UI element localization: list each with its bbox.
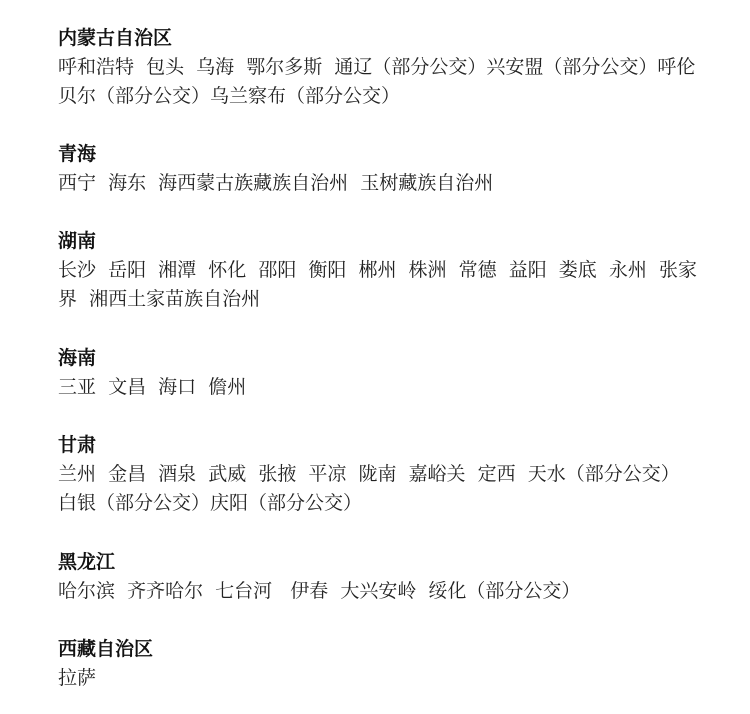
region-section-qinghai: 青海 西宁 海东 海西蒙古族藏族自治州 玉树藏族自治州 <box>58 140 698 198</box>
region-section-hunan: 湖南 长沙 岳阳 湘潭 怀化 邵阳 衡阳 郴州 株洲 常德 益阳 娄底 永州 张… <box>58 227 698 314</box>
region-section-heilongjiang: 黑龙江 哈尔滨 齐齐哈尔 七台河 伊春 大兴安岭 绥化（部分公交） <box>58 548 698 606</box>
region-cities: 兰州 金昌 酒泉 武威 张掖 平凉 陇南 嘉峪关 定西 天水（部分公交）白银（部… <box>58 460 698 518</box>
region-cities: 哈尔滨 齐齐哈尔 七台河 伊春 大兴安岭 绥化（部分公交） <box>58 577 698 606</box>
region-title: 海南 <box>58 344 698 373</box>
region-title: 西藏自治区 <box>58 635 698 664</box>
region-title: 黑龙江 <box>58 548 698 577</box>
region-cities: 呼和浩特 包头 乌海 鄂尔多斯 通辽（部分公交）兴安盟（部分公交）呼伦贝尔（部分… <box>58 53 698 111</box>
region-title: 湖南 <box>58 227 698 256</box>
region-section-gansu: 甘肃 兰州 金昌 酒泉 武威 张掖 平凉 陇南 嘉峪关 定西 天水（部分公交）白… <box>58 431 698 518</box>
region-title: 甘肃 <box>58 431 698 460</box>
supported-cities-document: 内蒙古自治区 呼和浩特 包头 乌海 鄂尔多斯 通辽（部分公交）兴安盟（部分公交）… <box>0 0 750 714</box>
region-title: 内蒙古自治区 <box>58 24 698 53</box>
region-section-inner-mongolia: 内蒙古自治区 呼和浩特 包头 乌海 鄂尔多斯 通辽（部分公交）兴安盟（部分公交）… <box>58 24 698 111</box>
region-cities: 拉萨 <box>58 664 698 693</box>
region-cities: 三亚 文昌 海口 儋州 <box>58 373 698 402</box>
region-cities: 长沙 岳阳 湘潭 怀化 邵阳 衡阳 郴州 株洲 常德 益阳 娄底 永州 张家界 … <box>58 256 698 314</box>
region-cities: 西宁 海东 海西蒙古族藏族自治州 玉树藏族自治州 <box>58 169 698 198</box>
region-section-tibet: 西藏自治区 拉萨 <box>58 635 698 693</box>
region-section-hainan: 海南 三亚 文昌 海口 儋州 <box>58 344 698 402</box>
region-title: 青海 <box>58 140 698 169</box>
